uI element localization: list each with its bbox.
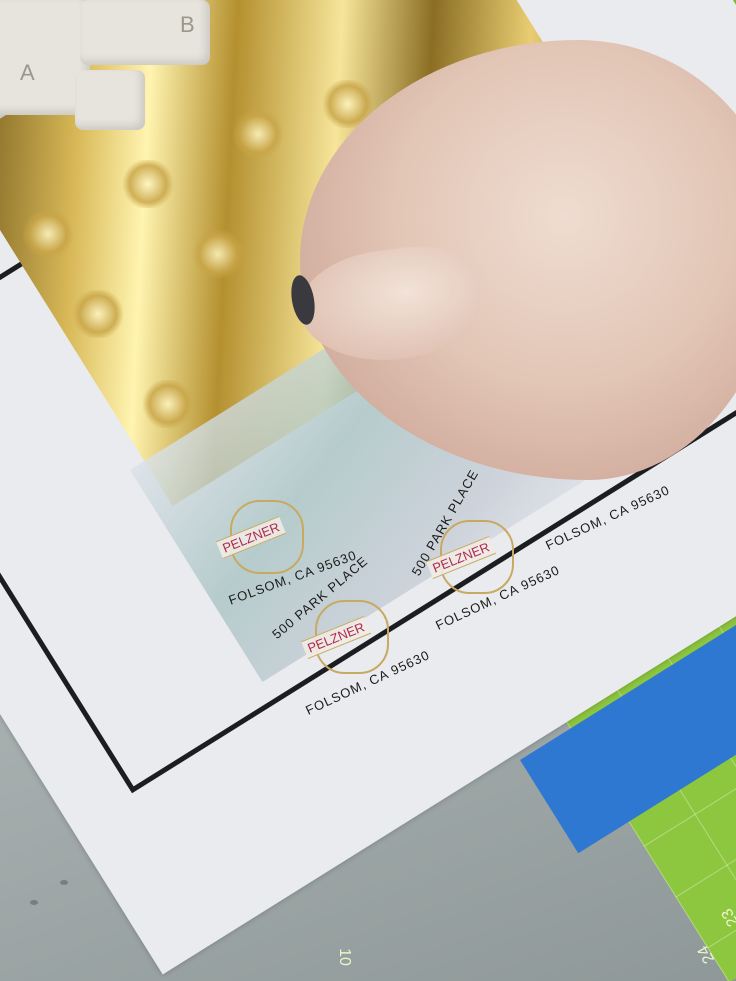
- clamp-label: A: [20, 60, 35, 86]
- photo-scene: 4 5 6 7 8 9 10 23 24 PELZNER FOLSOM, CA …: [0, 0, 736, 981]
- address-label: 500 PARK PLACE PELZNER FOLSOM, CA 95630: [405, 490, 545, 630]
- foil-impression: [70, 290, 126, 338]
- foil-impression: [20, 210, 76, 258]
- foil-impression: [120, 160, 176, 208]
- address-label: FOLSOM, CA 95630: [540, 470, 680, 610]
- clamp-label: B: [180, 12, 195, 38]
- smudge: [30, 900, 38, 905]
- label-city: FOLSOM, CA 95630: [543, 482, 672, 553]
- ruler-number: 10: [335, 948, 353, 966]
- smudge: [60, 880, 68, 885]
- cutting-machine: A B: [0, 0, 240, 140]
- foil-impression: [140, 380, 196, 428]
- foil-impression: [190, 230, 246, 278]
- clamp-b: B: [80, 0, 210, 65]
- address-label: 500 PARK PLACE PELZNER FOLSOM, CA 95630: [280, 570, 420, 710]
- machine-block: [75, 70, 145, 130]
